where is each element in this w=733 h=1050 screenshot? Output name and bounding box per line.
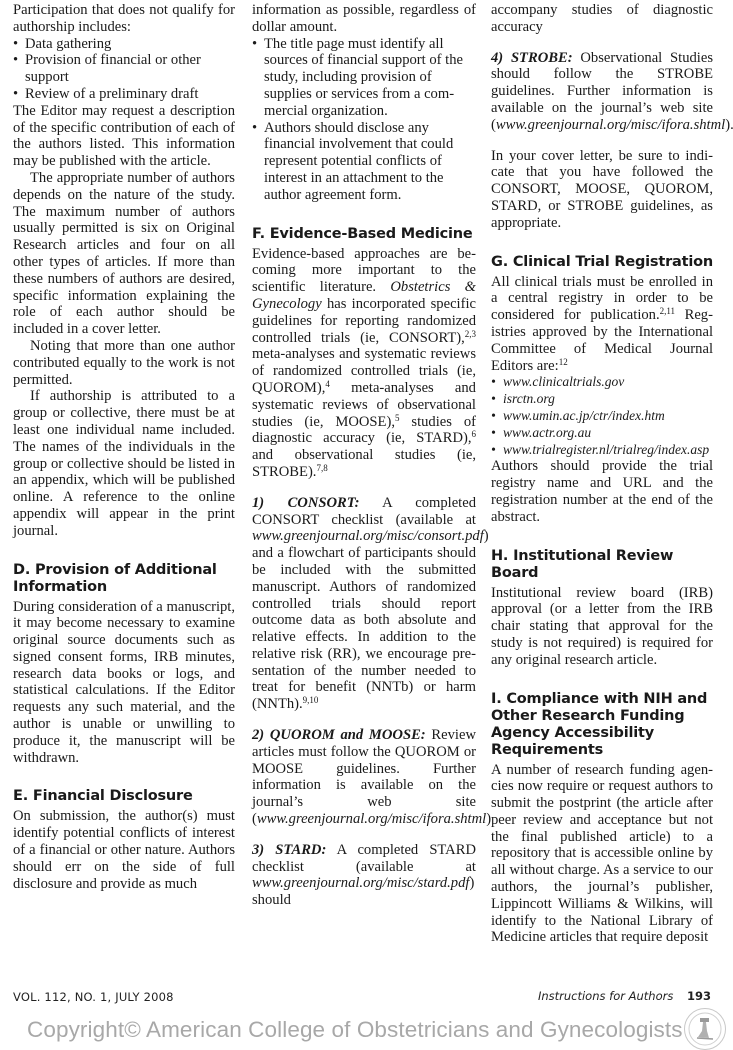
strobe-paragraph: 4) STROBE: Observational Stud­ies should… bbox=[491, 50, 713, 134]
disclosure-continuation: information as possible, regardless of d… bbox=[252, 2, 476, 36]
strobe-label: 4) STROBE: bbox=[491, 50, 573, 66]
section-i-heading: I. Compliance with NIH and Other Researc… bbox=[491, 691, 713, 759]
registry-link[interactable]: www.trialregister.nl/trialreg/index.asp bbox=[491, 442, 673, 459]
ifora-link[interactable]: www.greenjournal.org/misc/ifora.shtml bbox=[257, 811, 486, 827]
text: All clinical trials must be enrolled in … bbox=[491, 274, 713, 324]
text: ) and a flowchart of participants should… bbox=[252, 528, 489, 712]
journal-page: Participation that does not qualify for … bbox=[0, 0, 733, 1050]
citation-ref: 4 bbox=[325, 379, 330, 389]
consort-label: 1) CONSORT: bbox=[252, 495, 359, 511]
registry-link[interactable]: www.umin.ac.jp/ctr/index.htm bbox=[491, 408, 713, 425]
editor-paragraph: The Editor may request a descrip­tion of… bbox=[13, 103, 235, 170]
registry-link[interactable]: www.actr.org.au bbox=[491, 425, 713, 442]
stard-continuation: accompany studies of diagnostic accuracy bbox=[491, 2, 713, 36]
section-f-body: Evidence-based approaches are be­coming … bbox=[252, 246, 476, 481]
nonqualify-intro: Participation that does not qualify for … bbox=[13, 2, 235, 36]
issue-info: VOL. 112, NO. 1, JULY 2008 bbox=[13, 990, 174, 1004]
section-d-body: During consideration of a manu­script, i… bbox=[13, 599, 235, 767]
running-footer: Instructions for Authors 193 bbox=[538, 989, 711, 1003]
citation-ref: 2,3 bbox=[465, 329, 476, 339]
page-number: 193 bbox=[687, 989, 711, 1003]
disclosure-list: The title page must identify all sources… bbox=[252, 36, 476, 204]
consort-link[interactable]: www.greenjournal.org/misc/consort.pdf bbox=[252, 528, 484, 544]
ifora-link[interactable]: www.greenjournal.org/misc/ifora.shtml bbox=[496, 117, 725, 133]
stard-link[interactable]: www.greenjournal.org/misc/stard.pdf bbox=[252, 875, 469, 891]
acog-seal-icon bbox=[684, 1008, 726, 1050]
registry-note: Authors should provide the trial registr… bbox=[491, 458, 713, 525]
stard-paragraph: 3) STARD: A completed STARD checklist (a… bbox=[252, 842, 476, 909]
list-item: Data gathering bbox=[13, 36, 235, 53]
stard-label: 3) STARD: bbox=[252, 842, 326, 858]
section-g-heading: G. Clinical Trial Registration bbox=[491, 254, 713, 271]
citation-ref: 7,8 bbox=[316, 463, 327, 473]
registry-link[interactable]: isrctn.org bbox=[491, 391, 713, 408]
citation-ref: 12 bbox=[559, 357, 568, 367]
list-item: Authors should disclose any financial in… bbox=[252, 120, 476, 204]
quorom-paragraph: 2) QUOROM and MOOSE: Re­view articles mu… bbox=[252, 727, 476, 828]
text: and observa­tional studies (ie, STROBE). bbox=[252, 447, 476, 480]
nonqualify-list: Data gathering Provision of financial or… bbox=[13, 36, 235, 103]
citation-ref: 9,10 bbox=[303, 695, 319, 705]
section-h-body: Institutional review board (IRB) approva… bbox=[491, 585, 713, 669]
registry-list: www.clinicaltrials.gov isrctn.org www.um… bbox=[491, 374, 713, 458]
quorom-label: 2) QUOROM and MOOSE: bbox=[252, 727, 426, 743]
cover-letter-paragraph: In your cover letter, be sure to indi­ca… bbox=[491, 148, 713, 232]
section-h-heading: H. Institutional Review Board bbox=[491, 548, 713, 582]
section-e-body: On submission, the author(s) must identi… bbox=[13, 808, 235, 892]
group-authorship-paragraph: If authorship is attributed to a group o… bbox=[13, 388, 235, 539]
column-3: accompany studies of diagnostic accuracy… bbox=[491, 2, 713, 946]
equal-contribution-paragraph: Noting that more than one au­thor contri… bbox=[13, 338, 235, 388]
section-g-body: All clinical trials must be enrolled in … bbox=[491, 274, 713, 375]
author-number-paragraph: The appropriate number of au­thors depen… bbox=[13, 170, 235, 338]
list-item: The title page must identify all sources… bbox=[252, 36, 476, 120]
section-e-heading: E. Financial Disclosure bbox=[13, 788, 235, 805]
registry-link[interactable]: www.clinicaltrials.gov bbox=[491, 374, 713, 391]
list-item: Review of a preliminary draft bbox=[13, 86, 235, 103]
section-d-heading: D. Provision of Additional Information bbox=[13, 562, 235, 596]
list-item: Provision of financial or other support bbox=[13, 52, 235, 86]
section-i-body: A number of research funding agen­cies n… bbox=[491, 762, 713, 947]
running-title: Instructions for Authors bbox=[538, 989, 673, 1003]
column-1: Participation that does not qualify for … bbox=[13, 2, 235, 892]
section-f-heading: F. Evidence-Based Medicine bbox=[252, 226, 476, 243]
text: ). bbox=[725, 117, 733, 133]
citation-ref: 6 bbox=[472, 429, 477, 439]
copyright-watermark: Copyright© American College of Obstetric… bbox=[27, 1017, 683, 1043]
citation-ref: 2,11 bbox=[660, 306, 675, 316]
citation-ref: 5 bbox=[395, 413, 400, 423]
column-2: information as possible, regardless of d… bbox=[252, 2, 476, 909]
consort-paragraph: 1) CONSORT: A completed CONSORT checklis… bbox=[252, 495, 476, 713]
